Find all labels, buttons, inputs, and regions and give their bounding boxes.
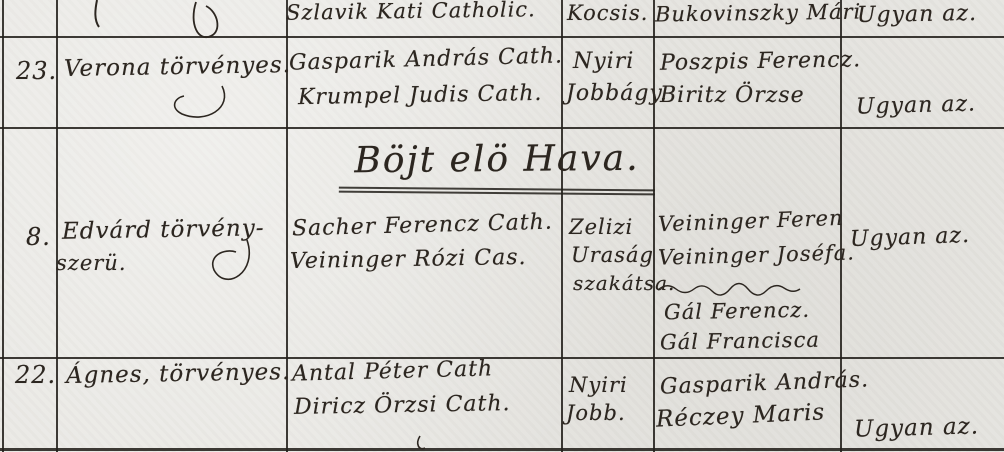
entry-number: 23. — [16, 58, 57, 84]
entry-godparents: Gál Ferencz. — [664, 299, 810, 325]
stroke-loop — [194, 2, 218, 37]
entry-godparents: Biritz Örzse — [660, 84, 805, 108]
column-divider — [653, 0, 655, 452]
squiggle-divider — [658, 284, 800, 296]
entry-note: Ugyan az. — [854, 414, 980, 443]
entry-godparents: Veininger Feren — [658, 207, 844, 237]
month-header: Böjt elö Hava. — [339, 139, 655, 181]
entry-parents: Gasparik András Cath. — [289, 44, 564, 75]
entry-godparents: Bukovinszky Mári — [655, 1, 862, 27]
entry-condition: Zelizi — [569, 216, 633, 239]
row-divider — [0, 127, 1004, 129]
entry-note: Ugyan az. — [857, 2, 977, 28]
entry-parents: Krumpel Judis Cath. — [298, 82, 543, 110]
entry-godparents: Gál Francisca — [660, 329, 820, 355]
register-sheet: Szlavik Kati Catholic. Kocsis. Bukovinsz… — [0, 0, 1004, 452]
stroke-flourish — [213, 240, 250, 279]
entry-name: Ágnes, törvényes. — [66, 360, 291, 389]
entry-note: Ugyan az. — [850, 224, 971, 252]
stroke-flourish — [175, 86, 225, 117]
stroke-descender — [418, 436, 425, 449]
entry-parents: Szlavik Kati Catholic. — [286, 0, 536, 25]
entry-condition: Nyiri — [573, 50, 634, 74]
stroke-descender — [95, 0, 99, 27]
entry-name: Verona törvényes. — [64, 53, 291, 82]
entry-name: szerü. — [56, 252, 127, 275]
entry-number: 8. — [26, 224, 51, 250]
row-divider — [0, 357, 1004, 359]
entry-condition: szakátsa. — [573, 272, 675, 294]
entry-name: Edvárd törvény- — [62, 216, 265, 245]
entry-godparents: Gasparik András. — [660, 368, 870, 399]
entry-parents: Diricz Örzsi Cath. — [294, 392, 511, 420]
entry-condition: Jobbágy. — [566, 82, 668, 106]
entry-parents: Veininger Rózi Cas. — [290, 246, 527, 274]
entry-note: Ugyan az. — [856, 92, 977, 119]
entry-number: 22. — [15, 362, 56, 388]
entry-condition: Jobb. — [566, 402, 626, 425]
table-left-edge — [2, 0, 4, 452]
row-divider — [0, 448, 1004, 451]
row-divider — [0, 36, 1004, 38]
entry-parents: Sacher Ferencz Cath. — [292, 211, 553, 242]
entry-condition: Nyiri — [569, 374, 628, 397]
entry-parents: Antal Péter Cath — [292, 357, 494, 386]
entry-godparents: Veininger Joséfa. — [658, 241, 856, 269]
entry-godparents: Poszpis Ferencz. — [660, 48, 862, 76]
entry-condition: Kocsis. — [567, 2, 648, 25]
entry-condition: Uraság — [571, 244, 654, 267]
entry-godparents: Réczey Maris — [656, 400, 826, 433]
